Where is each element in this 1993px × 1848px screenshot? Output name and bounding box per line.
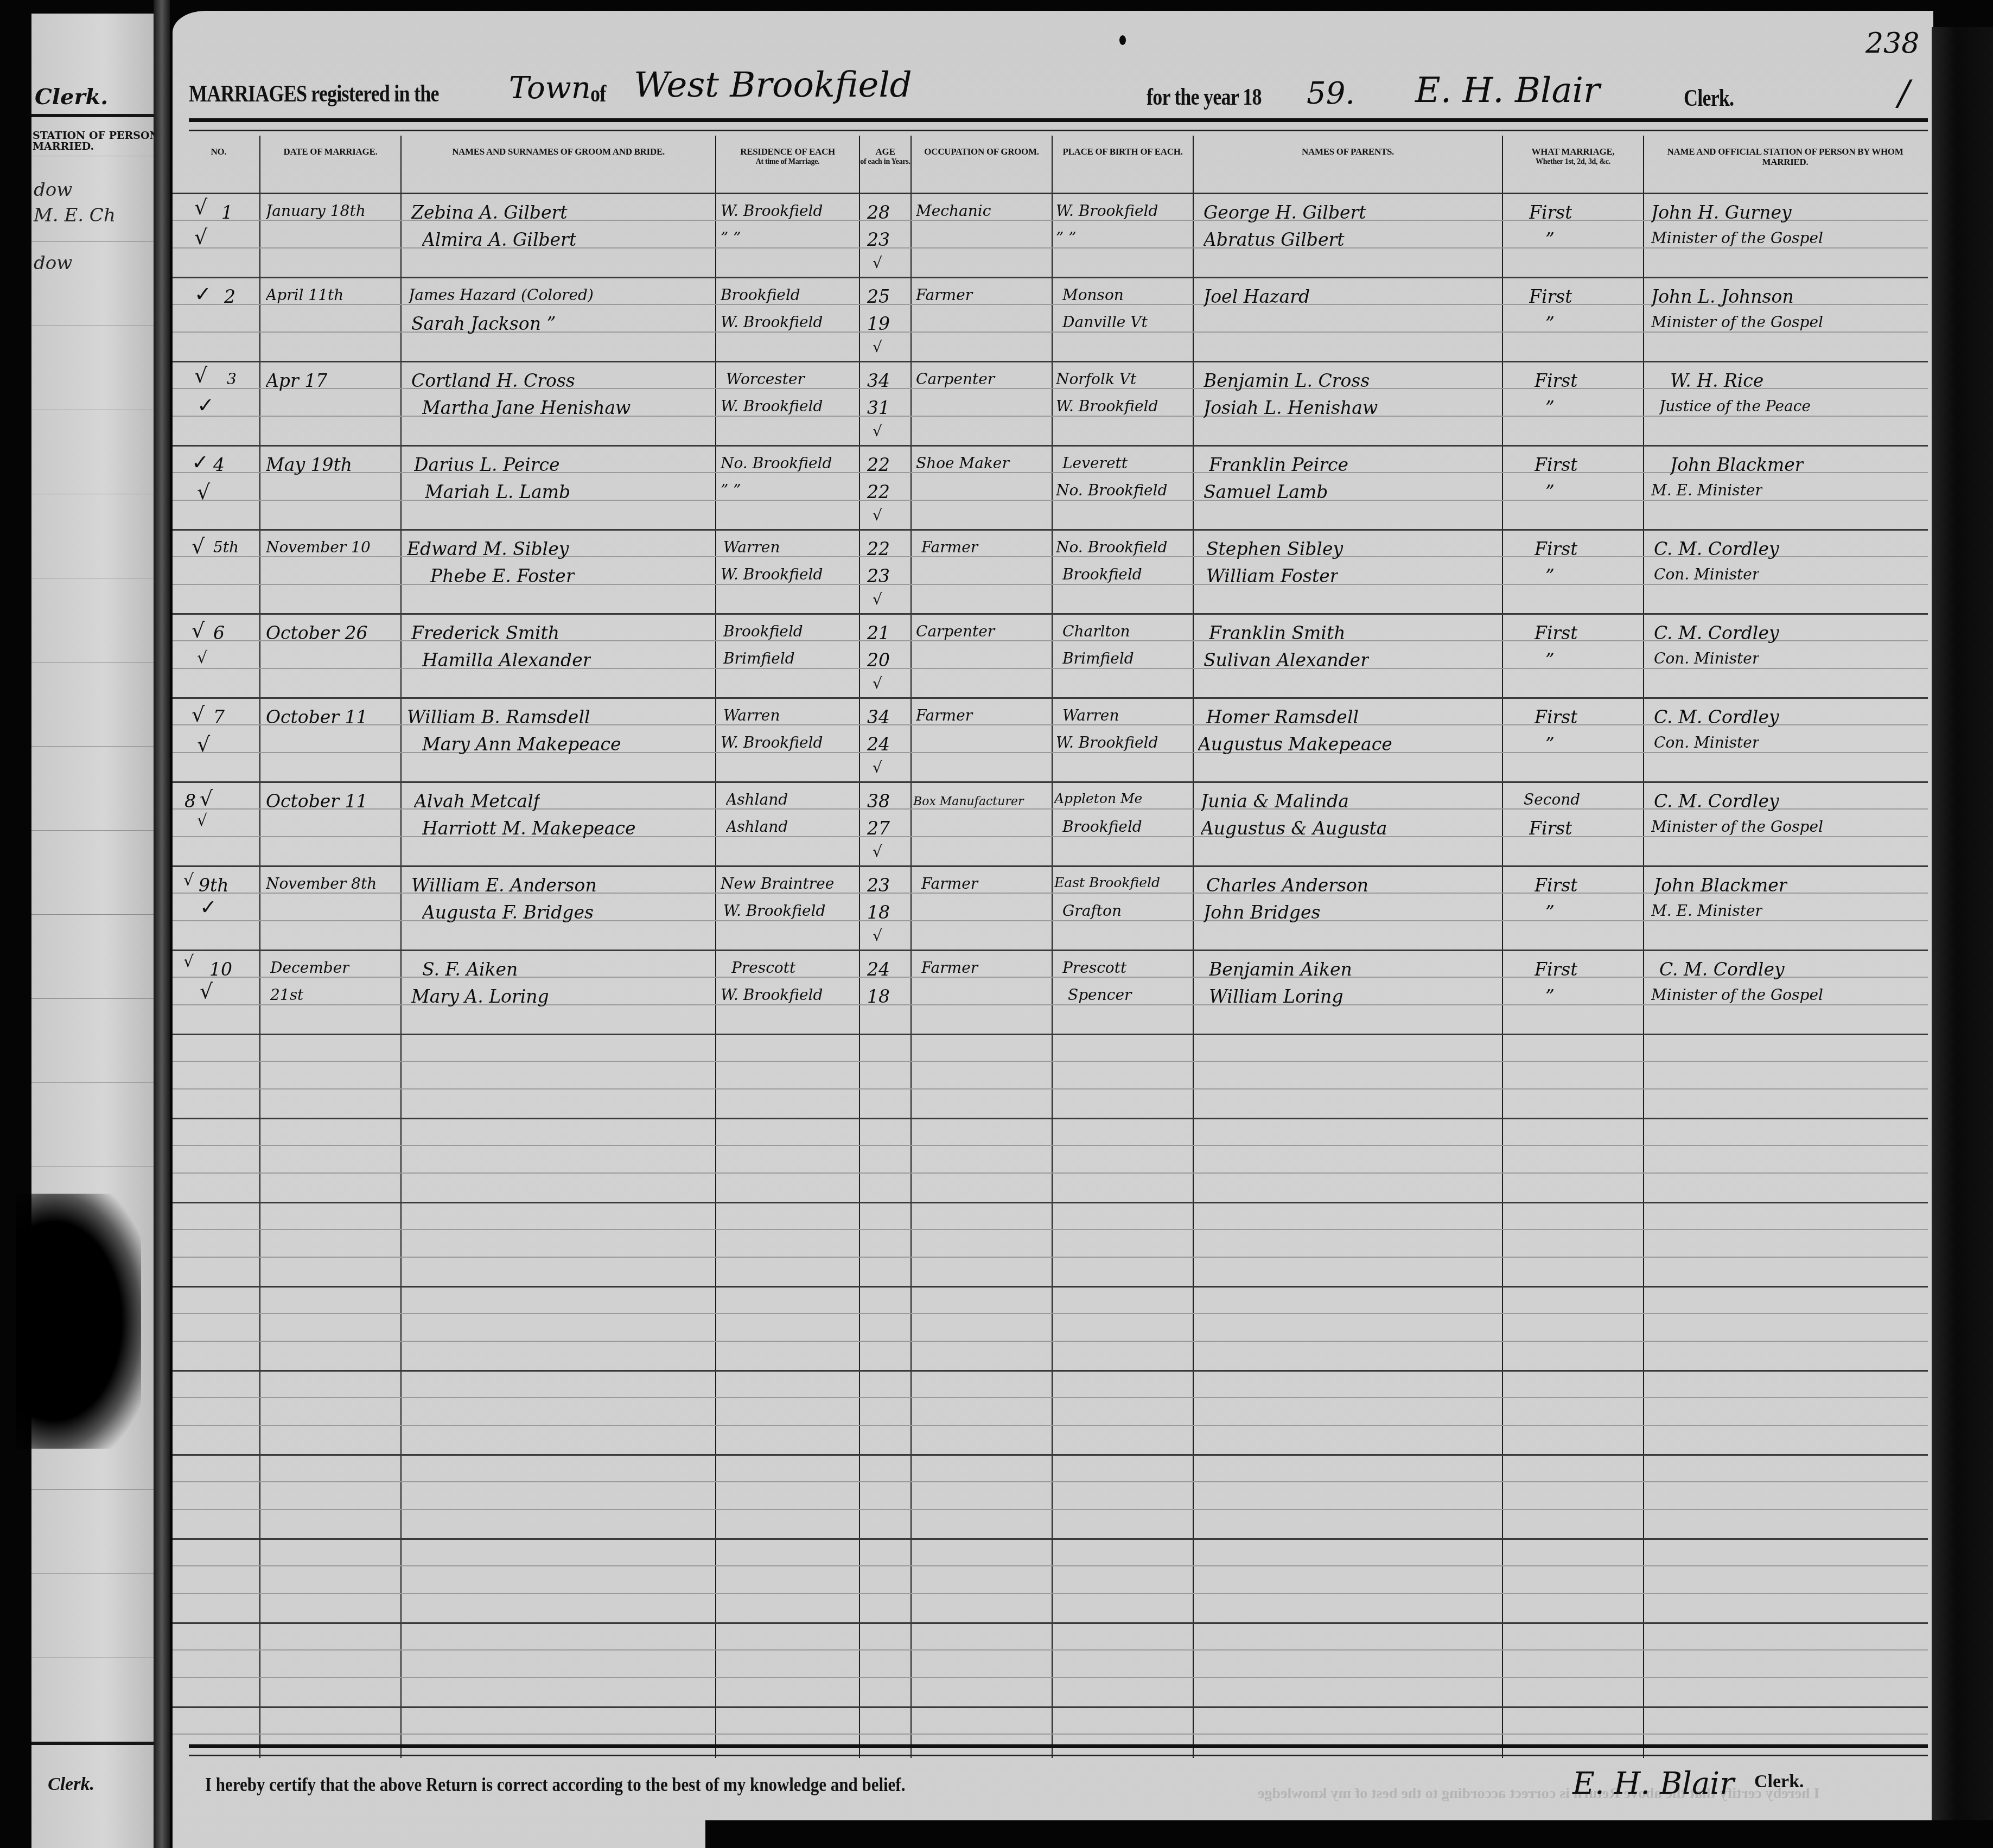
- officiant-name: John H. Gurney: [1651, 202, 1792, 223]
- check-mark: √: [197, 480, 210, 504]
- groom-age: 28: [867, 202, 890, 223]
- bride-birthplace: Spencer: [1068, 986, 1190, 1004]
- bride-parents: William Loring: [1209, 986, 1343, 1007]
- groom-occupation: Farmer: [921, 959, 1049, 977]
- column-header-occupation: OCCUPATION OF GROOM.: [912, 141, 1052, 195]
- book-page-edges: [1932, 27, 1993, 1848]
- groom-age: 24: [867, 959, 890, 980]
- marriage-date: October 11: [266, 791, 368, 812]
- check-mark: √: [200, 787, 213, 811]
- marriage-date: October 26: [266, 622, 368, 643]
- footer-clerk-label: Clerk.: [1754, 1771, 1804, 1792]
- bride-age: 24: [867, 734, 890, 755]
- marriage-record: √ √ 8 October 11 Alvah Metcalf Harriott …: [173, 784, 1933, 868]
- column-header-names: NAMES AND SURNAMES OF GROOM AND BRIDE.: [402, 141, 715, 195]
- groom-occupation: Farmer: [921, 538, 1049, 556]
- marriage-record: √ √ 6 October 26 Frederick Smith Hamilla…: [173, 616, 1933, 700]
- officiant-title: Minister of the Gospel: [1651, 986, 1823, 1004]
- groom-parents: Benjamin L. Cross: [1204, 370, 1370, 391]
- bride-birthplace: W. Brookfield: [1056, 734, 1192, 751]
- officiant-name: C. M. Cordley: [1659, 959, 1785, 980]
- year-suffix: 59.: [1307, 76, 1355, 111]
- bride-marriage-order: ”: [1545, 229, 1555, 250]
- marriage-date: Apr 17: [266, 370, 327, 391]
- column-header-underline: [173, 193, 1928, 194]
- left-page-fragment: Clerk. STATION OF PERSON MARRIED. dow M.…: [31, 14, 154, 1848]
- groom-name: William B. Ramsdell: [407, 706, 590, 728]
- groom-age: 23: [867, 875, 890, 896]
- footer-double-rule: [189, 1744, 1928, 1756]
- groom-parents: George H. Gilbert: [1204, 202, 1366, 223]
- officiant-title: M. E. Minister: [1651, 902, 1762, 920]
- left-ruling: [31, 410, 154, 410]
- age-check-mark: √: [873, 338, 882, 356]
- bride-marriage-order: ”: [1545, 986, 1555, 1007]
- left-footer-rule: [31, 1742, 154, 1745]
- left-ruling: [31, 998, 154, 999]
- bride-residence: W. Brookfield: [723, 902, 856, 920]
- bride-marriage-order: ”: [1545, 649, 1555, 671]
- left-ruling: [31, 494, 154, 494]
- officiant-name: C. M. Cordley: [1654, 706, 1779, 728]
- page-header: MARRIAGES registered in the Town of West…: [189, 68, 1925, 117]
- groom-age: 22: [867, 454, 890, 475]
- marriage-date: November 8th: [266, 875, 399, 893]
- left-ruling: [31, 662, 154, 662]
- bride-name: Mary Ann Makepeace: [422, 734, 715, 755]
- marriage-date-day: 21st: [270, 986, 303, 1004]
- check-mark: √: [197, 648, 207, 667]
- groom-name: Frederick Smith: [411, 622, 559, 643]
- groom-occupation: Farmer: [916, 286, 1049, 304]
- bride-residence: Ashland: [726, 818, 856, 836]
- left-ruling: [31, 1658, 154, 1658]
- record-number: 1: [221, 202, 233, 223]
- left-ruling: [31, 746, 154, 747]
- age-check-mark: √: [873, 759, 882, 776]
- marriage-record: √ ✓ 3 Apr 17 Cortland H. Cross Martha Ja…: [173, 364, 1933, 448]
- groom-residence: Brookfield: [721, 286, 856, 304]
- groom-name: Cortland H. Cross: [411, 370, 575, 391]
- groom-name: William E. Anderson: [411, 875, 712, 896]
- bride-residence: W. Brookfield: [721, 734, 856, 751]
- marriage-record: √ 5th November 10 Edward M. Sibley Phebe…: [173, 532, 1933, 616]
- groom-name: Alvah Metcalf: [414, 791, 540, 812]
- officiant-title: Con. Minister: [1654, 565, 1759, 583]
- groom-parents: Franklin Peirce: [1209, 454, 1348, 475]
- age-check-mark: √: [873, 927, 882, 945]
- groom-marriage-order: First: [1534, 959, 1577, 980]
- book-gutter: [154, 0, 170, 1848]
- bride-name: Augusta F. Bridges: [422, 902, 594, 923]
- left-ruling: [31, 1489, 154, 1490]
- age-check-mark: √: [873, 254, 882, 272]
- marriage-date: January 18th: [266, 202, 366, 220]
- check-mark: √: [197, 732, 210, 756]
- bride-birthplace: ” ”: [1056, 229, 1192, 247]
- record-number: 8: [184, 791, 196, 812]
- left-ruling: [31, 326, 154, 326]
- groom-age: 22: [867, 538, 890, 559]
- officiant-name: C. M. Cordley: [1654, 538, 1779, 559]
- check-mark: √: [197, 811, 207, 830]
- groom-birthplace: Appleton Me: [1054, 791, 1191, 806]
- corner-mark: /: [1898, 73, 1910, 113]
- title-prefix: MARRIAGES registered in the: [189, 80, 439, 107]
- left-header-rule: [31, 114, 154, 117]
- check-mark: ✓: [192, 450, 209, 474]
- groom-parents: Stephen Sibley: [1206, 538, 1343, 559]
- officiant-title: Con. Minister: [1654, 734, 1759, 751]
- check-mark: ✓: [194, 282, 212, 306]
- bleedthrough-text: I hereby certify that the above Return i…: [1258, 1785, 1820, 1802]
- check-mark: ✓: [197, 393, 214, 417]
- left-column-header: STATION OF PERSON MARRIED.: [33, 130, 159, 152]
- check-mark: √: [194, 195, 207, 219]
- ink-spot: [1119, 35, 1126, 45]
- bride-residence: W. Brookfield: [721, 313, 856, 331]
- groom-residence: Prescott: [731, 959, 856, 977]
- age-check-mark: √: [873, 422, 882, 440]
- officiant-name: C. M. Cordley: [1654, 791, 1779, 812]
- groom-residence: New Braintree: [721, 875, 856, 893]
- bride-marriage-order: ”: [1545, 565, 1555, 587]
- bride-birthplace: Brimfield: [1062, 649, 1190, 667]
- groom-marriage-order: First: [1534, 538, 1577, 559]
- column-headers: NO. DATE OF MARRIAGE. NAMES AND SURNAMES…: [173, 141, 1933, 195]
- groom-parents: Junia & Malinda: [1201, 791, 1349, 812]
- officiant-name: C. M. Cordley: [1654, 622, 1779, 643]
- groom-age: 34: [867, 706, 890, 728]
- marriage-record: √ √ 1 January 18th Zebina A. Gilbert Alm…: [173, 195, 1933, 279]
- bride-birthplace: W. Brookfield: [1056, 397, 1192, 415]
- groom-residence: W. Brookfield: [721, 202, 856, 220]
- bride-age: 19: [867, 313, 890, 334]
- marriage-record: ✓ 2 April 11th James Hazard (Colored) Sa…: [173, 279, 1933, 364]
- record-number: 5th: [213, 538, 239, 556]
- groom-marriage-order: First: [1529, 286, 1572, 307]
- left-ruling: [31, 241, 154, 242]
- left-ruling: [31, 156, 154, 156]
- marriage-record: √ √ 7 October 11 William B. Ramsdell Mar…: [173, 700, 1933, 784]
- groom-occupation: Mechanic: [916, 202, 1049, 220]
- record-number: 6: [213, 622, 225, 643]
- year-label: for the year 18: [1147, 83, 1262, 111]
- bride-age: 31: [867, 397, 890, 418]
- bride-birthplace: No. Brookfield: [1056, 481, 1192, 499]
- bride-residence: W. Brookfield: [721, 565, 856, 583]
- groom-birthplace: Norfolk Vt: [1056, 370, 1192, 388]
- column-header-no: NO.: [178, 141, 259, 195]
- groom-name: Edward M. Sibley: [407, 538, 569, 559]
- clerk-label: Clerk.: [1684, 84, 1734, 112]
- record-number: 3: [227, 370, 237, 388]
- bride-residence: ” ”: [721, 481, 856, 499]
- check-mark: √: [183, 871, 194, 890]
- groom-marriage-order: First: [1534, 706, 1577, 728]
- bride-marriage-order: ”: [1545, 902, 1555, 923]
- marriage-record: √ ✓ 9th November 8th William E. Anderson…: [173, 868, 1933, 952]
- bride-name: Sarah Jackson ”: [411, 313, 556, 334]
- age-check-mark: √: [873, 674, 882, 692]
- bride-age: 22: [867, 481, 890, 502]
- age-check-mark: √: [873, 590, 882, 608]
- groom-occupation: Shoe Maker: [916, 454, 1049, 472]
- officiant-title: M. E. Minister: [1651, 481, 1762, 499]
- groom-residence: No. Brookfield: [721, 454, 856, 472]
- bride-name: Almira A. Gilbert: [422, 229, 576, 250]
- officiant-name: John Blackmer: [1654, 875, 1787, 896]
- groom-name: James Hazard (Colored): [409, 286, 594, 304]
- record-number: 7: [213, 706, 225, 728]
- groom-parents: Joel Hazard: [1204, 286, 1310, 307]
- officiant-title: Justice of the Peace: [1659, 397, 1811, 415]
- bride-birthplace: Brookfield: [1062, 818, 1190, 836]
- bride-age: 23: [867, 229, 890, 250]
- groom-marriage-order: First: [1534, 622, 1577, 643]
- bride-marriage-order: First: [1529, 818, 1572, 839]
- groom-age: 38: [867, 791, 890, 812]
- bride-age: 18: [867, 986, 890, 1007]
- bride-parents: Josiah L. Henishaw: [1204, 397, 1378, 418]
- groom-name: Zebina A. Gilbert: [411, 202, 568, 223]
- left-note-2: M. E. Ch: [34, 205, 116, 226]
- groom-marriage-order: First: [1534, 875, 1577, 896]
- marriage-record: √ √ 10 December 21st S. F. Aiken Mary A.…: [173, 952, 1933, 1036]
- record-number: 2: [224, 286, 235, 307]
- bride-age: 18: [867, 902, 890, 923]
- groom-parents: Benjamin Aiken: [1209, 959, 1352, 980]
- marriage-date: April 11th: [266, 286, 343, 304]
- groom-birthplace: Monson: [1062, 286, 1190, 304]
- bride-marriage-order: ”: [1545, 734, 1555, 755]
- bride-name: Hamilla Alexander: [422, 649, 591, 671]
- left-clerk-label: Clerk.: [35, 84, 108, 110]
- left-ruling: [31, 1167, 154, 1167]
- groom-name: S. F. Aiken: [422, 959, 518, 980]
- left-clerk-label-bottom: Clerk.: [48, 1774, 94, 1795]
- header-double-rule: [189, 118, 1928, 131]
- record-number: 4: [213, 454, 225, 475]
- bride-birthplace: Grafton: [1062, 902, 1190, 920]
- age-check-mark: √: [873, 843, 882, 861]
- page-number: 238: [1865, 27, 1919, 60]
- officiant-name: John L. Johnson: [1651, 286, 1794, 307]
- check-mark: √: [194, 225, 207, 249]
- certification-statement: I hereby certify that the above Return i…: [205, 1773, 905, 1796]
- groom-occupation: Carpenter: [916, 622, 1049, 640]
- marriage-record: ✓ √ 4 May 19th Darius L. Peirce Mariah L…: [173, 448, 1933, 532]
- column-header-parents: NAMES OF PARENTS.: [1194, 141, 1502, 195]
- bride-residence: Brimfield: [723, 649, 856, 667]
- left-ruling: [31, 914, 154, 915]
- check-mark: √: [192, 534, 205, 558]
- groom-marriage-order: First: [1534, 370, 1577, 391]
- officiant-title: Minister of the Gospel: [1651, 818, 1823, 836]
- bride-residence: W. Brookfield: [721, 986, 856, 1004]
- column-header-residence: RESIDENCE OF EACHAt time of Marriage.: [716, 141, 859, 195]
- bride-birthplace: Danville Vt: [1062, 313, 1190, 331]
- check-mark: √: [183, 952, 194, 971]
- bride-name: Mariah L. Lamb: [425, 481, 570, 502]
- groom-age: 34: [867, 370, 890, 391]
- age-check-mark: √: [873, 506, 882, 524]
- groom-birthplace: Prescott: [1062, 959, 1190, 977]
- groom-name: Darius L. Peirce: [414, 454, 560, 475]
- left-ruling: [31, 1082, 154, 1083]
- column-header-birthplace: PLACE OF BIRTH OF EACH.: [1053, 141, 1193, 195]
- left-note-3: dow: [34, 252, 72, 274]
- officiant-name: W. H. Rice: [1670, 370, 1763, 391]
- groom-parents: Homer Ramsdell: [1206, 706, 1359, 728]
- bride-parents: Augustus Makepeace: [1198, 734, 1499, 755]
- marriage-date: May 19th: [266, 454, 352, 475]
- groom-birthplace: No. Brookfield: [1056, 538, 1192, 556]
- clerk-signature: E. H. Blair: [1415, 71, 1600, 111]
- record-number: 10: [209, 959, 232, 980]
- municipality-type: Town: [509, 71, 591, 106]
- dark-stain: [16, 1194, 141, 1449]
- bride-name: Phebe E. Foster: [430, 565, 575, 587]
- bride-parents: Samuel Lamb: [1204, 481, 1328, 502]
- bride-age: 23: [867, 565, 890, 587]
- bottom-shadow: [705, 1820, 1993, 1848]
- groom-parents: Franklin Smith: [1209, 622, 1345, 643]
- column-header-age: AGEof each in Years.: [860, 141, 910, 195]
- groom-birthplace: Charlton: [1062, 622, 1190, 640]
- groom-residence: Brookfield: [723, 622, 856, 640]
- groom-birthplace: East Brookfield: [1054, 875, 1191, 890]
- groom-marriage-order: First: [1529, 202, 1572, 223]
- groom-parents: Charles Anderson: [1206, 875, 1368, 896]
- groom-birthplace: Warren: [1062, 706, 1190, 724]
- groom-occupation: Box Manufacturer: [913, 795, 1052, 808]
- bride-parents: Abratus Gilbert: [1204, 229, 1345, 250]
- bride-parents: Augustus & Augusta: [1201, 818, 1502, 839]
- bride-residence: ” ”: [721, 229, 856, 247]
- groom-occupation: Farmer: [921, 875, 1049, 893]
- groom-age: 21: [867, 622, 890, 643]
- record-number: 9th: [199, 875, 229, 896]
- check-mark: ✓: [200, 895, 217, 919]
- check-mark: √: [200, 979, 213, 1003]
- column-header-officiant: NAME AND OFFICIAL STATION OF PERSON BY W…: [1644, 141, 1926, 195]
- bride-marriage-order: ”: [1545, 481, 1555, 502]
- groom-residence: Warren: [723, 706, 856, 724]
- bride-marriage-order: ”: [1545, 313, 1555, 334]
- bride-parents: Sulivan Alexander: [1204, 649, 1369, 671]
- bride-name: Martha Jane Henishaw: [422, 397, 715, 418]
- left-note-1: dow: [34, 179, 72, 201]
- check-mark: √: [192, 703, 205, 727]
- groom-residence: Worcester: [726, 370, 856, 388]
- town-name: West Brookfield: [634, 65, 912, 105]
- footer-clerk-signature: E. H. Blair: [1572, 1766, 1734, 1801]
- bride-parents: William Foster: [1206, 565, 1338, 587]
- groom-birthplace: Leverett: [1062, 454, 1190, 472]
- bride-birthplace: Brookfield: [1062, 565, 1190, 583]
- marriage-date: October 11: [266, 706, 368, 728]
- bride-marriage-order: ”: [1545, 397, 1555, 418]
- marriage-date: November 10: [266, 538, 399, 556]
- check-mark: √: [194, 364, 207, 387]
- bride-name: Mary A. Loring: [411, 986, 549, 1007]
- bride-parents: John Bridges: [1204, 902, 1320, 923]
- groom-birthplace: W. Brookfield: [1056, 202, 1192, 220]
- bride-residence: W. Brookfield: [721, 397, 856, 415]
- left-ruling: [31, 830, 154, 831]
- officiant-title: Con. Minister: [1654, 649, 1759, 667]
- groom-residence: Warren: [723, 538, 856, 556]
- officiant-title: Minister of the Gospel: [1651, 229, 1823, 247]
- groom-age: 25: [867, 286, 890, 307]
- bride-age: 20: [867, 649, 890, 671]
- officiant-name: John Blackmer: [1670, 454, 1804, 475]
- groom-marriage-order: Second: [1524, 791, 1580, 808]
- marriage-date: December: [270, 959, 349, 977]
- bride-name: Harriott M. Makepeace: [422, 818, 715, 839]
- bride-age: 27: [867, 818, 890, 839]
- of-label: of: [590, 80, 606, 107]
- groom-occupation: Farmer: [916, 706, 1049, 724]
- groom-occupation: Carpenter: [916, 370, 1049, 388]
- column-header-date: DATE OF MARRIAGE.: [260, 141, 400, 195]
- left-ruling: [31, 1573, 154, 1574]
- column-header-what-marriage: WHAT MARRIAGE,Whether 1st, 2d, 3d, &c.: [1503, 141, 1643, 195]
- check-mark: √: [192, 619, 205, 642]
- groom-residence: Ashland: [726, 791, 856, 808]
- register-page: MARRIAGES registered in the Town of West…: [173, 11, 1933, 1848]
- officiant-title: Minister of the Gospel: [1651, 313, 1823, 331]
- left-ruling: [31, 578, 154, 578]
- groom-marriage-order: First: [1534, 454, 1577, 475]
